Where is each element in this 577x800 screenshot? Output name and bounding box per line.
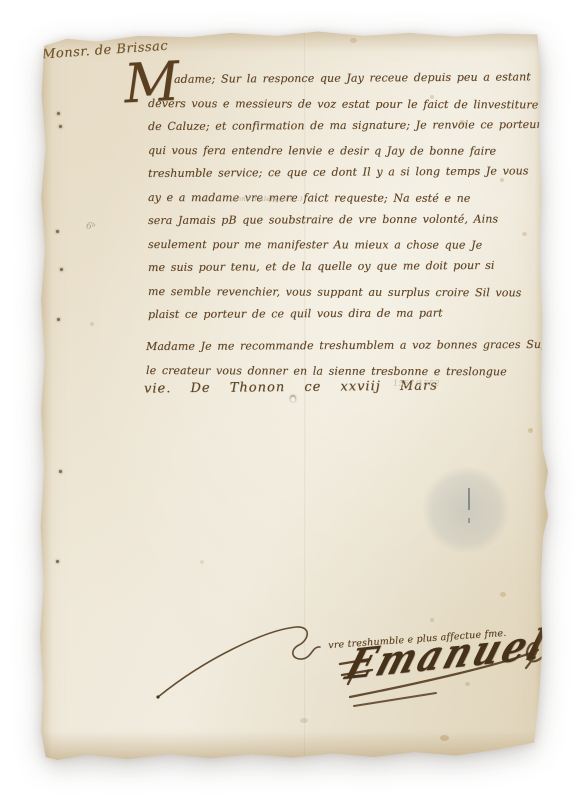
- stitch-hole: [57, 318, 60, 321]
- manuscript-line: me suis pour tenu, et de la quelle oy qu…: [148, 254, 540, 280]
- manuscript-line: plaist ce porteur de ce quil vous dira d…: [148, 301, 540, 327]
- stitch-hole: [59, 470, 62, 473]
- manuscript-paper: Monsr. de Brissac M adame; Sur la respon…: [36, 30, 548, 760]
- foxing-spot: [350, 38, 357, 43]
- manuscript-page: Monsr. de Brissac M adame; Sur la respon…: [36, 30, 548, 760]
- stitch-hole: [56, 230, 59, 233]
- foxing-spot: [430, 618, 434, 622]
- manuscript-line: Madame Je me recommande treshumblem a vo…: [146, 333, 538, 359]
- manuscript-line: treshumble service; ce que ce dont Il y …: [148, 159, 540, 185]
- seal-stain-dot: [468, 518, 470, 523]
- seal-stain: [423, 466, 509, 554]
- stitch-hole: [57, 112, 60, 115]
- foxing-spot: [300, 718, 308, 723]
- manuscript-line: ay e a madame vre mere faict requeste; N…: [148, 186, 540, 211]
- foxing-spot: [465, 682, 470, 686]
- foxing-spot: [500, 592, 506, 597]
- manuscript-line: adame; Sur la responce que Jay receue de…: [148, 65, 540, 91]
- pencil-identification-note: Anne d'Alençon (…): [232, 195, 303, 203]
- stitch-hole: [56, 560, 59, 563]
- manuscript-line: sera Jamais pB que soubstraire de vre bo…: [148, 207, 540, 232]
- photo-background: Monsr. de Brissac M adame; Sur la respon…: [0, 0, 577, 800]
- letter-body-paragraph-2: Madame Je me recommande treshumblem a vo…: [146, 335, 538, 382]
- foxing-spot: [440, 735, 449, 741]
- foxing-spot: [528, 428, 533, 433]
- pencil-date-note: 1551/1552: [393, 379, 440, 388]
- letter-body-paragraph-1: adame; Sur la responce que Jay receue de…: [148, 68, 540, 327]
- puncture-hole: [290, 395, 296, 402]
- foxing-spot: [90, 322, 94, 326]
- signature: Emanuel: [340, 620, 554, 690]
- seal-stain-mark: [468, 488, 470, 510]
- pencil-margin-number: 6ᵇ: [85, 221, 96, 232]
- manuscript-line: de Caluze; et confirmation de ma signatu…: [148, 113, 540, 139]
- stitch-hole: [59, 125, 62, 128]
- stitch-hole: [60, 268, 63, 271]
- foxing-spot: [200, 560, 204, 564]
